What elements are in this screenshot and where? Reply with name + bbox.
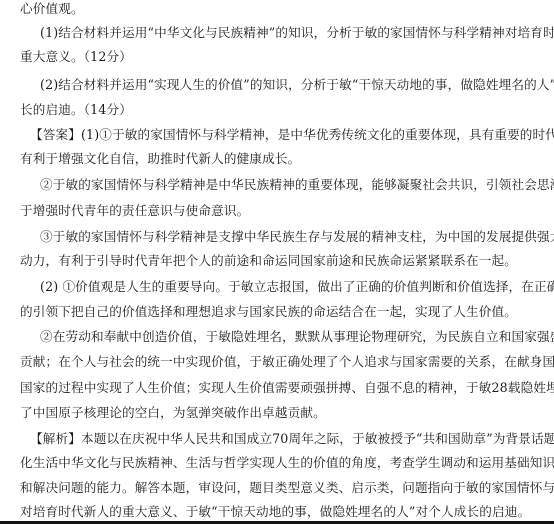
analysis-heading: 【解析】本题以在庆祝中华人民共和国成立70周年之际，于敏被授予“共和国勋章”为背… xyxy=(30,431,554,447)
answer-line: 于增强时代青年的责任意识与使命意识。 xyxy=(20,203,249,219)
answer-point-2: ②于敏的家国情怀与科学精神是中华民族精神的重要体现，能够凝聚社会共识，引领社会思… xyxy=(40,177,554,193)
answer-line: 的引领下把自己的价值选择和理想追求与国家民族的命运结合在一起，实现了人生价值。 xyxy=(20,304,517,320)
answer-line: 贡献；在个人与社会的统一中实现价值，于敏正确处理了个人追求与国家需要的关系，在献… xyxy=(20,354,554,370)
answer-heading: 【答案】(1)①于敏的家国情怀与科学精神，是中华优秀传统文化的重要体现，具有重要… xyxy=(30,127,554,143)
question-2: (2)结合材料并运用“实现人生的价值”的知识，分析于敏“干惊天动地的事，做隐姓埋… xyxy=(40,77,554,93)
answer-line: 国家的过程中实现了人生价值；实现人生价值需要顽强拼搏、自强不息的精神，于敏28载… xyxy=(20,380,554,396)
answer-part-2: (2) ①价值观是人生的重要导向。于敏立志报国，做出了正确的价值判断和价值选择，… xyxy=(40,279,554,295)
text-line-1: 心价值观。 xyxy=(20,1,84,17)
question-1: (1)结合材料并运用“中华文化与民族精神”的知识，分析于敏的家国情怀与科学精神对… xyxy=(40,25,554,41)
question-2-cont: 长的启迪。（14分） xyxy=(20,102,132,118)
answer-line: 有利于增强文化自信，助推时代新人的健康成长。 xyxy=(20,151,300,167)
analysis-line: 和解决问题的能力。解答本题，审设问，题目类型意义类、启示类，问题指向于敏的家国情… xyxy=(20,480,554,496)
analysis-line: 对培育时代新人的重大意义、于敏“干惊天动地的事，做隐姓埋名的人”对个人成长的启迪… xyxy=(20,504,530,520)
analysis-line: 化生活中华文化与民族精神、生活与哲学实现人生的价值的角度，考查学生调动和运用基础… xyxy=(20,455,554,471)
document-page: 心价值观。 (1)结合材料并运用“中华文化与民族精神”的知识，分析于敏的家国情怀… xyxy=(0,0,554,524)
question-1-cont: 重大意义。（12分） xyxy=(20,49,132,65)
answer-line: 动力，有利于引导时代青年把个人的前途和命运同国家前途和民族命运紧紧联系在一起。 xyxy=(20,253,517,269)
answer-point-3: ③于敏的家国情怀与科学精神是支撑中华民族生存与发展的精神支柱，为中国的发展提供强… xyxy=(40,229,554,245)
answer-line: 了中国原子核理论的空白，为氢弹突破作出卓越贡献。 xyxy=(20,405,326,421)
answer-part-2-point-2: ②在劳动和奉献中创造价值，于敏隐姓埋名，默默从事理论物理研究，为民族自立和国家强… xyxy=(40,329,554,345)
